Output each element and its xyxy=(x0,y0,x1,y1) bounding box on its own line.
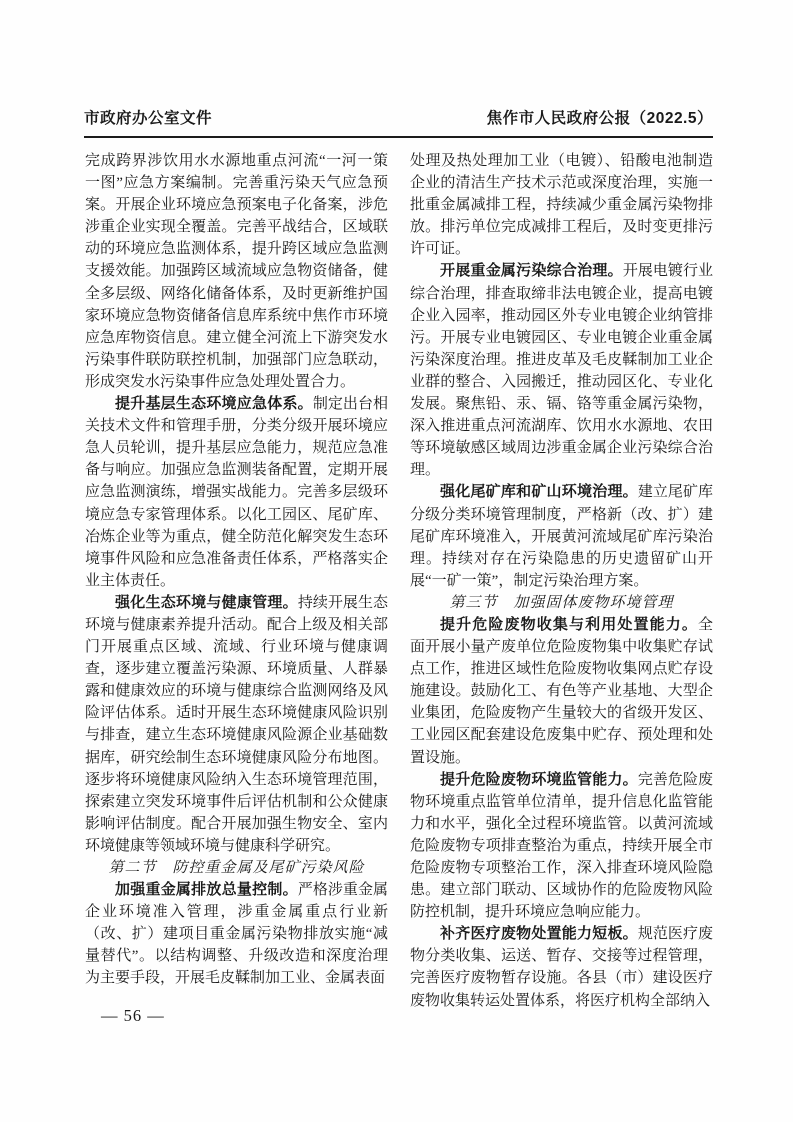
gazette-page: 市政府办公室文件 焦作市人民政府公报（2022.5） 完成跨界涉饮用水水源地重点… xyxy=(0,0,793,1122)
section-heading: 第二节 防控重金属及尾矿污染风险 xyxy=(85,857,388,879)
paragraph: 完成跨界涉饮用水水源地重点河流“一河一策一图”应急方案编制。完善重污染天气应急预… xyxy=(85,150,388,393)
paragraph-lead: 提升危险废物收集与利用处置能力。 xyxy=(440,616,698,633)
paragraph: 加强重金属排放总量控制。严格涉重金属企业环境准入管理，涉重金属重点行业新（改、扩… xyxy=(85,879,388,989)
left-column: 完成跨界涉饮用水水源地重点河流“一河一策一图”应急方案编制。完善重污染天气应急预… xyxy=(85,150,388,1012)
paragraph-text: 制定出台相关技术文件和管理手册，分类分级开展环境应急人员轮训，提升基层应急能力，… xyxy=(85,396,388,589)
header-left-title: 市政府办公室文件 xyxy=(84,106,212,128)
paragraph-lead: 强化生态环境与健康管理。 xyxy=(115,594,298,611)
section-heading: 第三节 加强固体废物环境管理 xyxy=(410,592,713,614)
paragraph-text: 开展电镀行业综合治理，排查取缔非法电镀企业，提高电镀企业入园率，推动园区外专业电… xyxy=(410,263,713,478)
paragraph: 提升危险废物收集与利用处置能力。全面开展小量产废单位危险废物集中收集贮存试点工作… xyxy=(410,614,713,769)
paragraph: 处理及热处理加工业（电镀）、铅酸电池制造企业的清洁生产技术示范或深度治理，实施一… xyxy=(410,150,713,260)
paragraph: 强化生态环境与健康管理。持续开展生态环境与健康素养提升活动。配合上级及相关部门开… xyxy=(85,592,388,857)
paragraph: 补齐医疗废物处置能力短板。规范医疗废物分类收集、运送、暂存、交接等过程管理，完善… xyxy=(410,923,713,1011)
header-right-title: 焦作市人民政府公报（2022.5） xyxy=(487,106,713,128)
paragraph-text: 全面开展小量产废单位危险废物集中收集贮存试点工作，推进区域性危险废物收集网点贮存… xyxy=(410,617,713,766)
paragraph: 强化尾矿库和矿山环境治理。建立尾矿库分级分类环境管理制度，严格新（改、扩）建尾矿… xyxy=(410,481,713,591)
paragraph-text: 完善危险废物环境重点监管单位清单，提升信息化监管能力和水平，强化全过程环境监管。… xyxy=(410,772,713,921)
text-columns: 完成跨界涉饮用水水源地重点河流“一河一策一图”应急方案编制。完善重污染天气应急预… xyxy=(85,150,713,1012)
paragraph-lead: 开展重金属污染综合治理。 xyxy=(440,262,623,279)
paragraph: 提升基层生态环境应急体系。制定出台相关技术文件和管理手册，分类分级开展环境应急人… xyxy=(85,393,388,592)
paragraph-text: 处理及热处理加工业（电镀）、铅酸电池制造企业的清洁生产技术示范或深度治理，实施一… xyxy=(410,153,713,257)
paragraph-lead: 加强重金属排放总量控制。 xyxy=(115,881,298,898)
page-header: 市政府办公室文件 焦作市人民政府公报（2022.5） xyxy=(84,106,713,138)
paragraph-lead: 提升基层生态环境应急体系。 xyxy=(115,395,313,412)
page-number: — 56 — xyxy=(101,1006,165,1026)
paragraph-text: 持续开展生态环境与健康素养提升活动。配合上级及相关部门开展重点区域、流域、行业环… xyxy=(85,595,388,854)
paragraph: 提升危险废物环境监管能力。完善危险废物环境重点监管单位清单，提升信息化监管能力和… xyxy=(410,769,713,924)
paragraph-lead: 补齐医疗废物处置能力短板。 xyxy=(440,925,638,942)
paragraph-text: 完成跨界涉饮用水水源地重点河流“一河一策一图”应急方案编制。完善重污染天气应急预… xyxy=(85,153,388,390)
paragraph: 开展重金属污染综合治理。开展电镀行业综合治理，排查取缔非法电镀企业，提高电镀企业… xyxy=(410,260,713,481)
paragraph-lead: 提升危险废物环境监管能力。 xyxy=(440,771,638,788)
paragraph-lead: 强化尾矿库和矿山环境治理。 xyxy=(440,483,638,500)
right-column: 处理及热处理加工业（电镀）、铅酸电池制造企业的清洁生产技术示范或深度治理，实施一… xyxy=(410,150,713,1012)
